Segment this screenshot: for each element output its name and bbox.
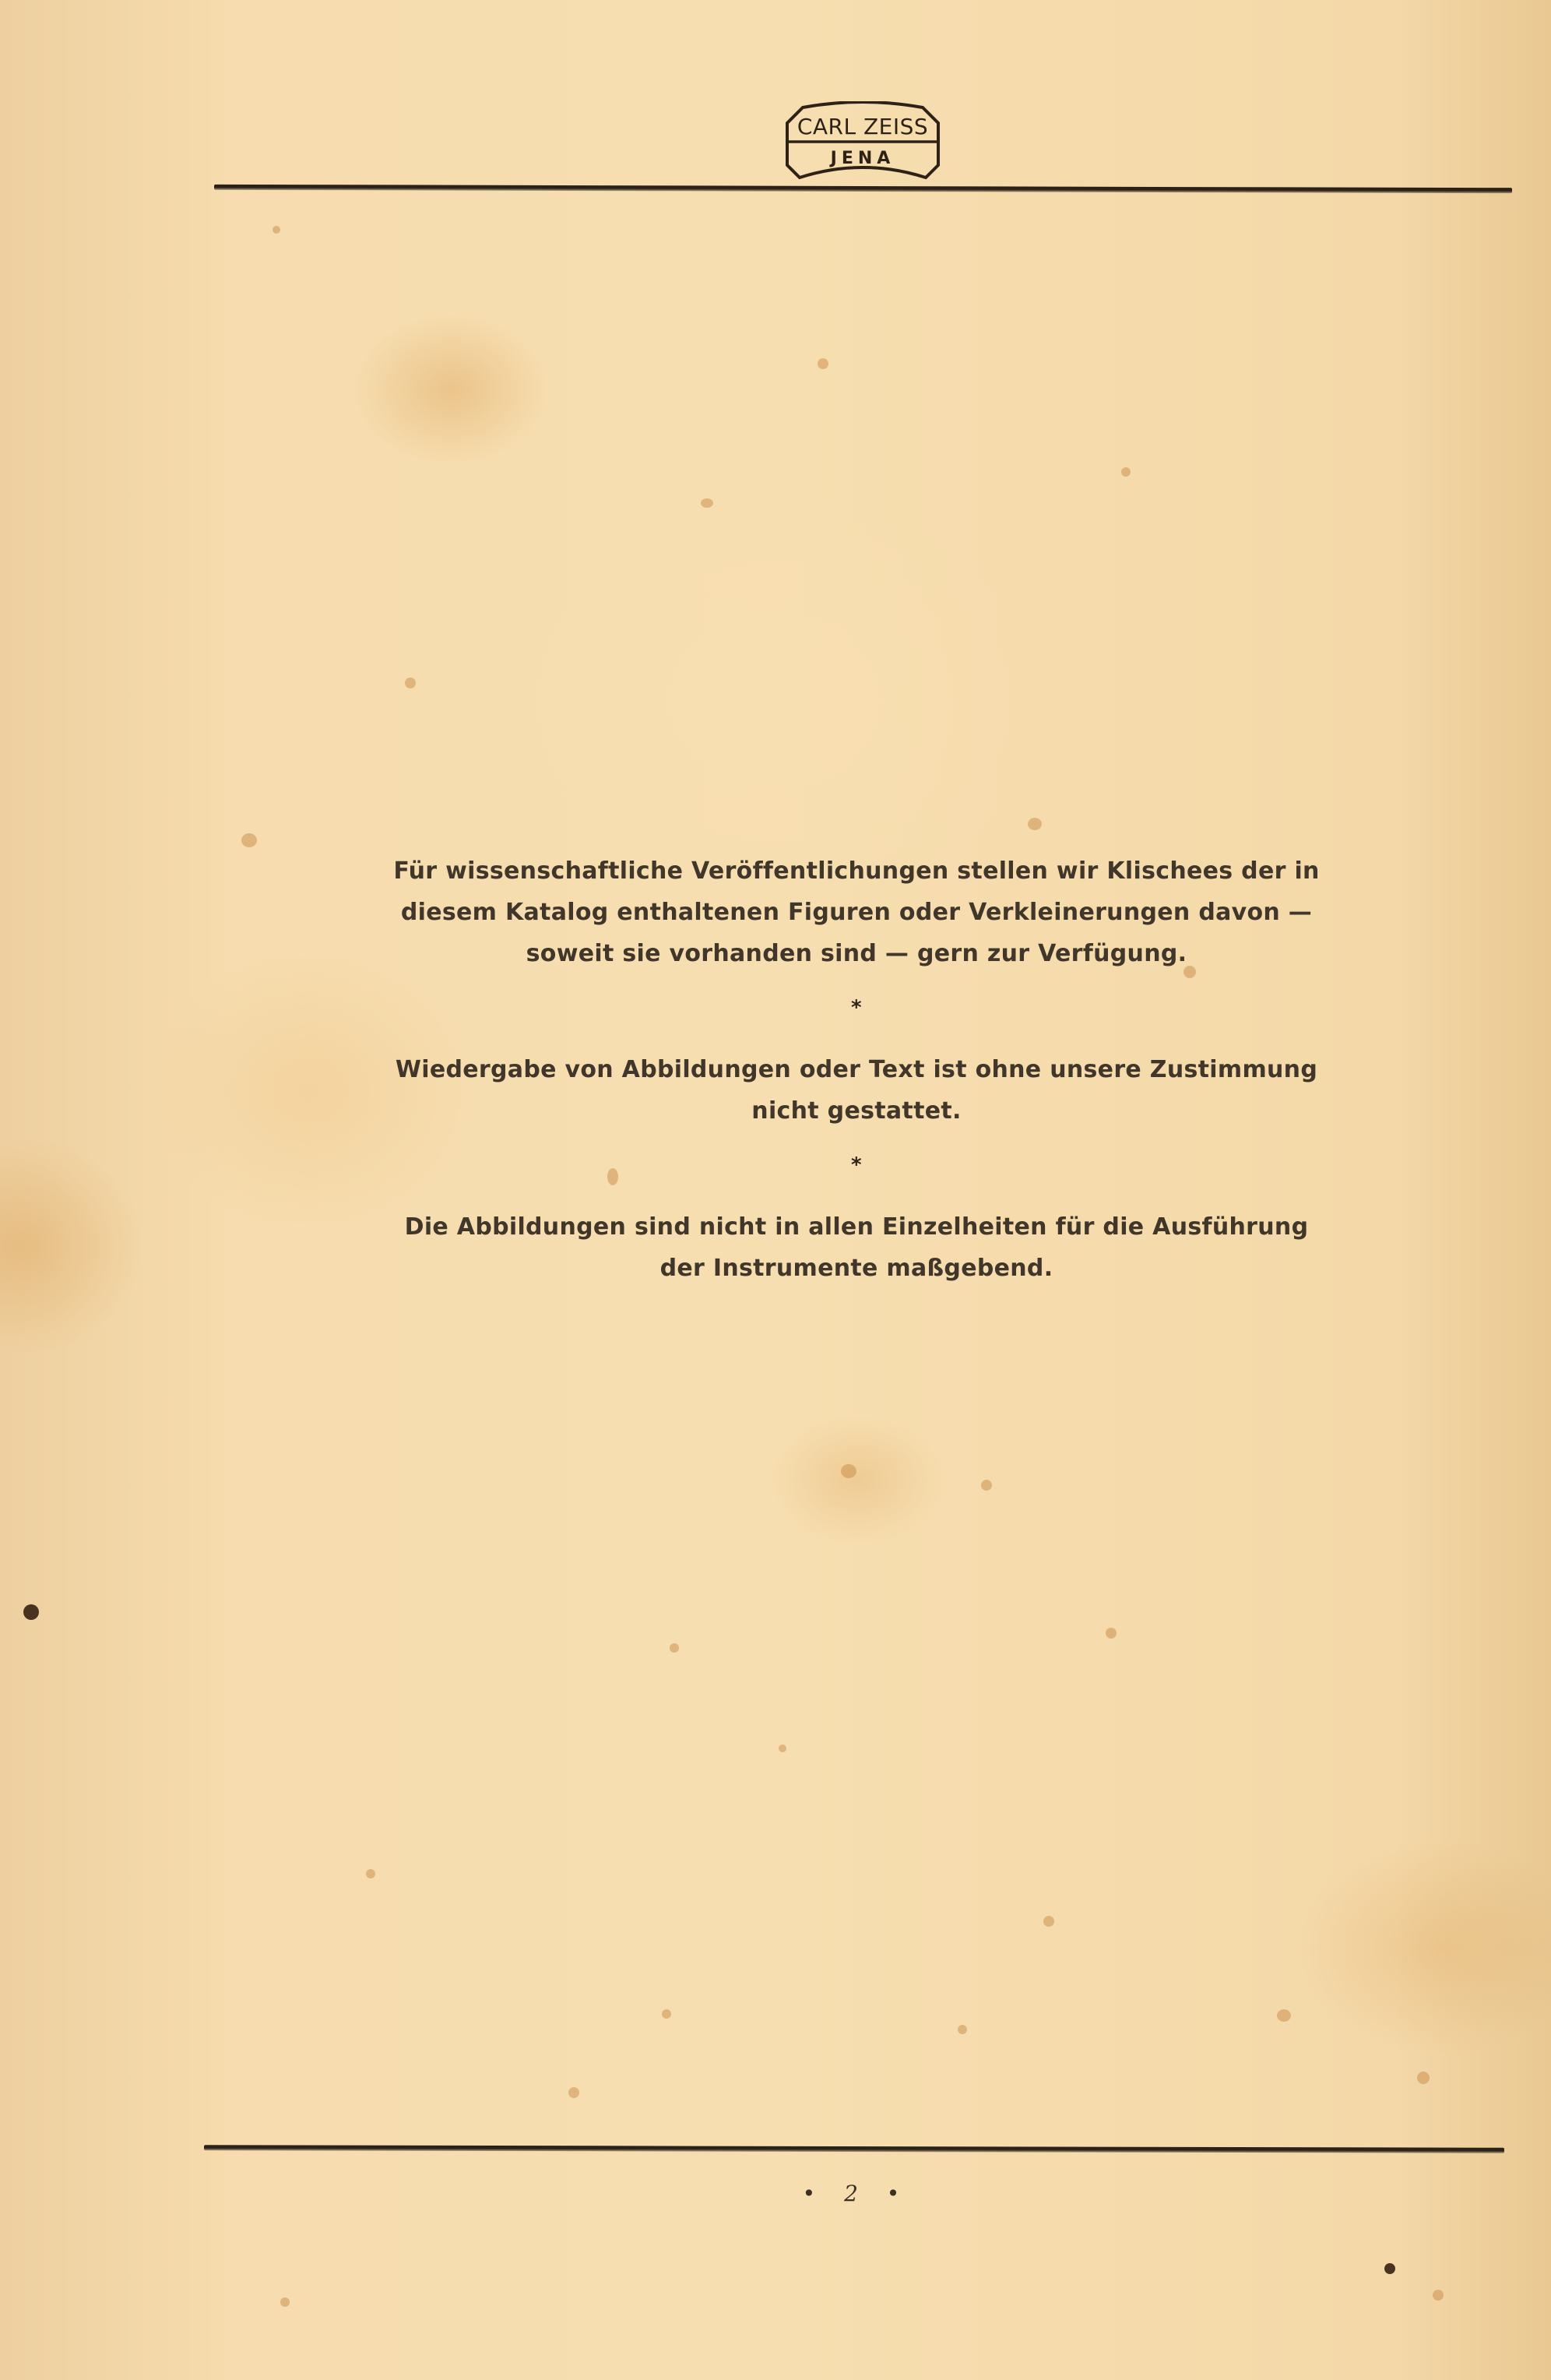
notice-line: diesem Katalog enthaltenen Figuren oder … <box>374 892 1339 933</box>
notice-illustrations-disclaimer: Die Abbildungen sind nicht in allen Einz… <box>374 1206 1339 1289</box>
notice-line: Für wissenschaftliche Veröffentlichungen… <box>374 850 1339 892</box>
svg-text:JENA: JENA <box>829 149 895 168</box>
notice-copyright: Wiedergabe von Abbildungen oder Text ist… <box>374 1049 1339 1132</box>
footer-rule <box>204 2145 1504 2153</box>
catalog-notice: Für wissenschaftliche Veröffentlichungen… <box>374 850 1339 1289</box>
carl-zeiss-jena-logo: CARL ZEISS JENA <box>781 101 944 184</box>
notice-line: nicht gestattet. <box>374 1090 1339 1132</box>
header-rule <box>214 185 1512 193</box>
notice-line: Wiedergabe von Abbildungen oder Text ist… <box>374 1049 1339 1090</box>
notice-reproduction-clichés: Für wissenschaftliche Veröffentlichungen… <box>374 850 1339 974</box>
notice-line: der Instrumente maßgebend. <box>374 1248 1339 1289</box>
asterisk-separator: * <box>374 1155 1339 1175</box>
svg-text:CARL ZEISS: CARL ZEISS <box>797 114 928 139</box>
asterisk-separator: * <box>374 998 1339 1018</box>
logo-emblem-icon: CARL ZEISS JENA <box>781 101 944 184</box>
notice-line: soweit sie vorhanden sind — gern zur Ver… <box>374 933 1339 974</box>
page-number: • 2 • <box>794 2181 919 2206</box>
notice-line: Die Abbildungen sind nicht in allen Einz… <box>374 1206 1339 1248</box>
